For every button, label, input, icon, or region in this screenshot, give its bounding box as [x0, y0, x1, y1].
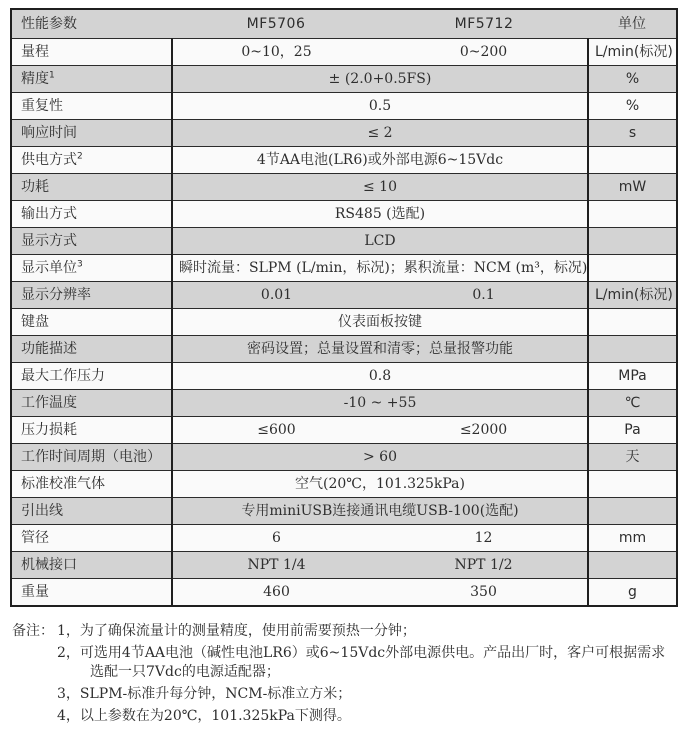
value-cell: 空气(20℃，101.325kPa) [172, 471, 588, 498]
table-row: 机械接口NPT 1/4NPT 1/2 [11, 552, 677, 579]
table-row: 响应时间≤ 2s [11, 120, 677, 147]
table-row: 重量460350g [11, 579, 677, 607]
unit-cell: s [588, 120, 677, 147]
value-cell: -10 ~ +55 [172, 390, 588, 417]
param-cell: 功能描述 [11, 336, 172, 363]
table-row: 输出方式RS485 (选配) [11, 201, 677, 228]
value-cell: 密码设置；总量设置和清零；总量报警功能 [172, 336, 588, 363]
param-cell: 精度1 [11, 66, 172, 93]
param-label: 引出线 [21, 503, 63, 519]
unit-cell: g [588, 579, 677, 607]
param-cell: 最大工作压力 [11, 363, 172, 390]
unit-cell [588, 255, 677, 282]
table-row: 功能描述密码设置；总量设置和清零；总量报警功能 [11, 336, 677, 363]
unit-cell: Pa [588, 417, 677, 444]
value-cell: ≤ 2 [172, 120, 588, 147]
param-cell: 重复性 [11, 93, 172, 120]
unit-cell [588, 552, 677, 579]
unit-cell [588, 498, 677, 525]
param-label: 供电方式 [21, 152, 77, 168]
value-cell: > 60 [172, 444, 588, 471]
param-cell: 量程 [11, 39, 172, 66]
datasheet-page: 性能参数 MF5706 MF5712 单位 量程0~10，250~200L/mi… [0, 0, 688, 735]
param-cell: 显示方式 [11, 228, 172, 255]
value-cell-mf5712: 0~200 [380, 39, 588, 66]
notes-section: 备注： 1，为了确保流量计的测量精度，使用前需要预热一分钟；2，可选用4节AA电… [12, 622, 688, 729]
unit-cell: L/min(标况) [588, 39, 677, 66]
table-row: 显示方式LCD [11, 228, 677, 255]
value-cell: LCD [172, 228, 588, 255]
table-row: 工作温度-10 ~ +55℃ [11, 390, 677, 417]
param-label: 输出方式 [21, 206, 77, 222]
param-cell: 显示分辨率 [11, 282, 172, 309]
param-label: 工作时间周期（电池） [21, 449, 161, 465]
param-label: 管径 [21, 530, 49, 546]
param-label: 量程 [21, 44, 49, 60]
table-row: 显示分辨率0.010.1L/min(标况) [11, 282, 677, 309]
value-cell-mf5706: NPT 1/4 [172, 552, 380, 579]
param-label: 显示单位 [21, 260, 77, 276]
param-label: 机械接口 [21, 557, 77, 573]
param-label: 功能描述 [21, 341, 77, 357]
param-cell: 键盘 [11, 309, 172, 336]
note-item: 3，SLPM-标准升每分钟，NCM-标准立方米； [57, 685, 669, 704]
note-item: 1，为了确保流量计的测量精度，使用前需要预热一分钟； [57, 622, 669, 641]
param-label: 标准校准气体 [21, 476, 105, 492]
note-item: 2，可选用4节AA电池（碱性电池LR6）或6~15Vdc外部电源供电。产品出厂时… [57, 644, 669, 682]
header-model-mf5712: MF5712 [380, 9, 588, 39]
value-cell: 仪表面板按键 [172, 309, 588, 336]
value-cell: 0.8 [172, 363, 588, 390]
param-cell: 管径 [11, 525, 172, 552]
unit-cell: mW [588, 174, 677, 201]
table-row: 功耗≤ 10mW [11, 174, 677, 201]
param-superscript: 2 [77, 151, 83, 161]
unit-cell: mm [588, 525, 677, 552]
param-label: 显示方式 [21, 233, 77, 249]
unit-cell [588, 228, 677, 255]
value-cell-mf5706: 0.01 [172, 282, 380, 309]
param-label: 键盘 [21, 314, 49, 330]
spec-table: 性能参数 MF5706 MF5712 单位 量程0~10，250~200L/mi… [10, 8, 678, 607]
param-cell: 工作温度 [11, 390, 172, 417]
param-cell: 功耗 [11, 174, 172, 201]
table-row: 引出线专用miniUSB连接通讯电缆USB-100(选配) [11, 498, 677, 525]
note-item: 4，以上参数在为20℃，101.325kPa下测得。 [57, 707, 669, 726]
notes-items: 1，为了确保流量计的测量精度，使用前需要预热一分钟；2，可选用4节AA电池（碱性… [57, 622, 669, 729]
value-cell: 专用miniUSB连接通讯电缆USB-100(选配) [172, 498, 588, 525]
param-cell: 标准校准气体 [11, 471, 172, 498]
param-superscript: 3 [77, 259, 83, 269]
value-cell: RS485 (选配) [172, 201, 588, 228]
table-row: 量程0~10，250~200L/min(标况) [11, 39, 677, 66]
unit-cell [588, 336, 677, 363]
table-header-row: 性能参数 MF5706 MF5712 单位 [11, 9, 677, 39]
header-param: 性能参数 [11, 9, 172, 39]
table-row: 工作时间周期（电池）> 60天 [11, 444, 677, 471]
unit-cell: % [588, 93, 677, 120]
header-model-mf5706: MF5706 [172, 9, 380, 39]
param-cell: 工作时间周期（电池） [11, 444, 172, 471]
table-row: 压力损耗≤600≤2000Pa [11, 417, 677, 444]
value-cell-mf5712: NPT 1/2 [380, 552, 588, 579]
unit-cell: MPa [588, 363, 677, 390]
table-row: 供电方式24节AA电池(LR6)或外部电源6~15Vdc [11, 147, 677, 174]
header-unit: 单位 [588, 9, 677, 39]
param-cell: 引出线 [11, 498, 172, 525]
value-cell-mf5706: ≤600 [172, 417, 380, 444]
table-row: 管径612mm [11, 525, 677, 552]
value-cell: 瞬时流量：SLPM (L/min，标况)；累积流量：NCM (m³，标况) [172, 255, 588, 282]
param-cell: 压力损耗 [11, 417, 172, 444]
param-cell: 机械接口 [11, 552, 172, 579]
param-cell: 显示单位3 [11, 255, 172, 282]
param-label: 最大工作压力 [21, 368, 105, 384]
table-row: 键盘仪表面板按键 [11, 309, 677, 336]
value-cell-mf5706: 460 [172, 579, 380, 607]
unit-cell: % [588, 66, 677, 93]
param-label: 重复性 [21, 98, 63, 114]
table-row: 标准校准气体空气(20℃，101.325kPa) [11, 471, 677, 498]
spec-rows: 量程0~10，250~200L/min(标况)精度1± (2.0+0.5FS)%… [11, 39, 677, 607]
param-cell: 输出方式 [11, 201, 172, 228]
value-cell-mf5706: 6 [172, 525, 380, 552]
unit-cell [588, 201, 677, 228]
value-cell: 0.5 [172, 93, 588, 120]
param-label: 显示分辨率 [21, 287, 91, 303]
table-row: 重复性0.5% [11, 93, 677, 120]
value-cell-mf5712: 12 [380, 525, 588, 552]
unit-cell [588, 471, 677, 498]
param-label: 重量 [21, 584, 49, 600]
unit-cell: L/min(标况) [588, 282, 677, 309]
table-row: 显示单位3瞬时流量：SLPM (L/min，标况)；累积流量：NCM (m³，标… [11, 255, 677, 282]
value-cell-mf5712: 350 [380, 579, 588, 607]
param-label: 精度 [21, 71, 49, 87]
value-cell: ± (2.0+0.5FS) [172, 66, 588, 93]
param-cell: 重量 [11, 579, 172, 607]
table-row: 精度1± (2.0+0.5FS)% [11, 66, 677, 93]
value-cell-mf5706: 0~10，25 [172, 39, 380, 66]
param-cell: 响应时间 [11, 120, 172, 147]
unit-cell [588, 309, 677, 336]
unit-cell [588, 147, 677, 174]
value-cell-mf5712: ≤2000 [380, 417, 588, 444]
param-label: 响应时间 [21, 125, 77, 141]
unit-cell: ℃ [588, 390, 677, 417]
value-cell: 4节AA电池(LR6)或外部电源6~15Vdc [172, 147, 588, 174]
param-label: 压力损耗 [21, 422, 77, 438]
value-cell-mf5712: 0.1 [380, 282, 588, 309]
unit-cell: 天 [588, 444, 677, 471]
param-cell: 供电方式2 [11, 147, 172, 174]
notes-label: 备注： [12, 622, 57, 729]
param-label: 工作温度 [21, 395, 77, 411]
value-cell: ≤ 10 [172, 174, 588, 201]
param-superscript: 1 [49, 70, 55, 80]
param-label: 功耗 [21, 179, 49, 195]
table-row: 最大工作压力0.8MPa [11, 363, 677, 390]
